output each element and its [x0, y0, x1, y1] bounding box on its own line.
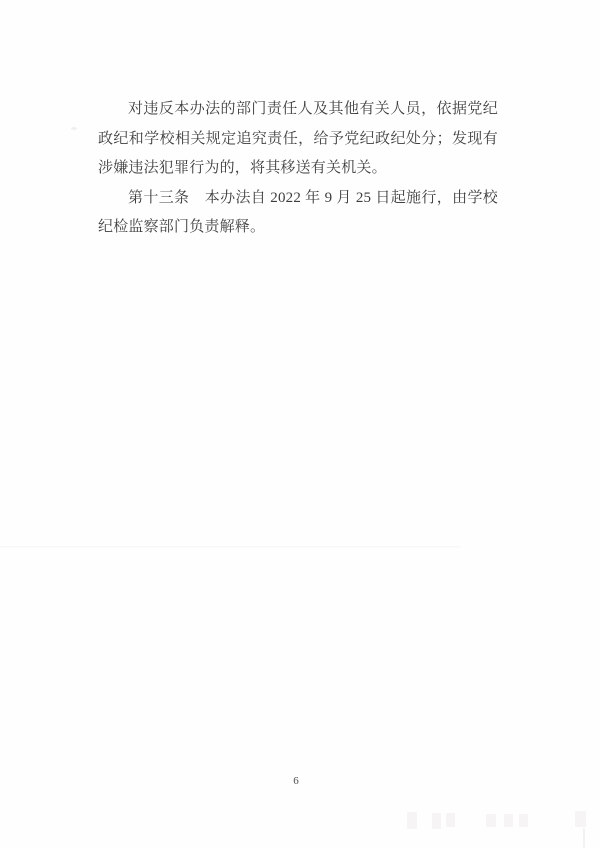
artifact-smudge: [575, 811, 586, 827]
artifact-smudge: [486, 814, 496, 827]
document-page: 对违反本办法的部门责任人及其他有关人员，依据党纪 政纪和学校相关规定追究责任，给…: [0, 0, 600, 848]
artifact-smudge: [583, 828, 585, 848]
text-line-penalty-1: 对违反本办法的部门责任人及其他有关人员，依据党纪: [98, 95, 498, 125]
artifact-smudge: [432, 813, 441, 829]
artifact-smudge: [446, 813, 455, 827]
text-line-penalty-3: 涉嫌违法犯罪行为的，将其移送有关机关。: [98, 154, 498, 184]
body-text-block: 对违反本办法的部门责任人及其他有关人员，依据党纪 政纪和学校相关规定追究责任，给…: [98, 95, 498, 243]
text-line-article13-2: 纪检监察部门负责解释。: [98, 213, 498, 243]
artifact-smudge: [504, 814, 513, 827]
scan-fold-line: [0, 546, 460, 547]
text-line-penalty-2: 政纪和学校相关规定追究责任，给予党纪政纪处分；发现有: [98, 125, 498, 155]
artifact-smudge: [519, 814, 528, 827]
artifact-smudge: [407, 812, 417, 829]
text-line-article13-1: 第十三条 本办法自 2022 年 9 月 25 日起施行，由学校: [98, 184, 498, 214]
page-number: 6: [0, 775, 592, 787]
scan-speck: [71, 127, 77, 130]
